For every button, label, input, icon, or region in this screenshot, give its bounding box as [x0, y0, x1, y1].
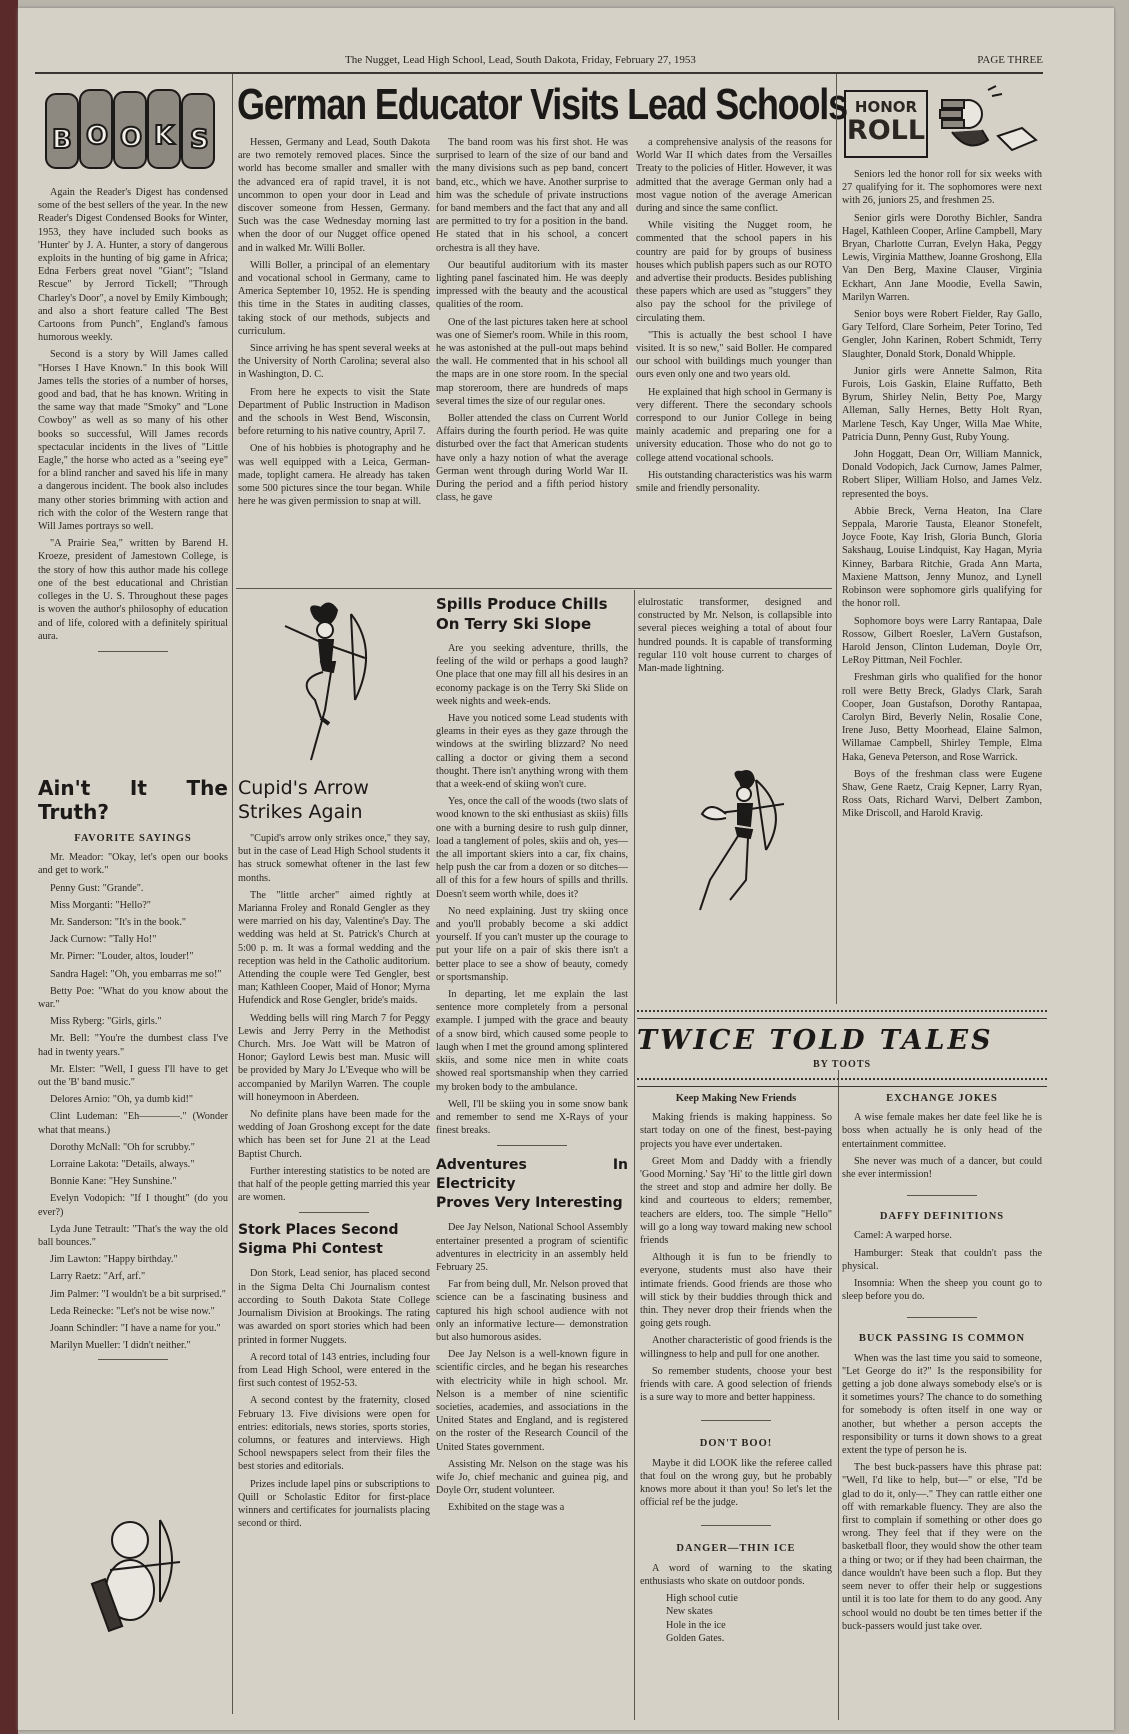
- saying-item: Sandra Hagel: "Oh, you embarras me so!": [38, 968, 228, 981]
- books-article: Again the Reader's Digest has condensed …: [38, 186, 228, 660]
- saying-item: Jim Palmer: "I wouldn't be a bit surpris…: [38, 1288, 228, 1301]
- svg-text:O: O: [120, 123, 142, 153]
- svg-text:B: B: [52, 125, 72, 155]
- column-rule: [634, 590, 635, 1720]
- buck-passing-head: BUCK PASSING IS COMMON: [842, 1332, 1042, 1345]
- ski-headline: Spills Produce Chills On Terry Ski Slope: [436, 594, 628, 634]
- saying-item: Lyda June Tetrault: "That's the way the …: [38, 1223, 228, 1249]
- cupids-arrow-article: Cupid's Arrow Strikes Again "Cupid's arr…: [238, 776, 430, 1534]
- sayings-headline: Ain't It The Truth?: [38, 776, 228, 824]
- saying-item: Mr. Meador: "Okay, let's open our books …: [38, 851, 228, 877]
- divider: [497, 1145, 567, 1146]
- saying-item: Penny Gust: "Grande".: [38, 882, 228, 895]
- saying-item: Mr. Sanderson: "It's in the book.": [38, 916, 228, 929]
- honor-roll-article: Seniors led the honor roll for six weeks…: [842, 168, 1042, 825]
- column-rule: [838, 1070, 839, 1720]
- saying-item: Clint Ludeman: "Eh————." (Wonder what th…: [38, 1110, 228, 1136]
- saying-item: Betty Poe: "What do you know about the w…: [38, 985, 228, 1011]
- binder-spine: [0, 0, 18, 1734]
- saying-item: Mr. Bell: "You're the dumbest class I've…: [38, 1032, 228, 1058]
- masthead: The Nugget, Lead High School, Lead, Sout…: [35, 52, 1043, 74]
- saying-item: Mr. Pirner: "Louder, altos, louder!": [38, 950, 228, 963]
- german-educator-col-2: The band room was his first shot. He was…: [436, 136, 628, 508]
- friends-head: Keep Making New Friends: [640, 1092, 832, 1105]
- student-with-books-cartoon-icon: [932, 84, 1040, 160]
- favorite-sayings-article: Ain't It The Truth? FAVORITE SAYINGS Mr.…: [38, 776, 228, 1368]
- divider: [299, 1212, 369, 1213]
- divider: [98, 651, 168, 652]
- dateline: The Nugget, Lead High School, Lead, Sout…: [345, 54, 696, 66]
- electricity-headline: Adventures In Electricity Proves Very In…: [436, 1156, 628, 1213]
- books-logo-icon: BOOKS: [44, 86, 224, 171]
- cupid-girl-archer-illustration-icon: [275, 600, 395, 770]
- electricity-continued: elulrostatic transformer, designed and c…: [638, 596, 832, 679]
- saying-item: Dorothy McNall: "Oh for scrubby.": [38, 1141, 228, 1154]
- divider: [701, 1525, 771, 1526]
- saying-item: Leda Reinecke: "Let's not be wise now.": [38, 1305, 228, 1318]
- sayings-subhead: FAVORITE SAYINGS: [38, 832, 228, 845]
- divider: [907, 1195, 977, 1196]
- sayings-list: Mr. Meador: "Okay, let's open our books …: [38, 851, 228, 1352]
- saying-item: Jim Lawton: "Happy birthday.": [38, 1253, 228, 1266]
- german-educator-col-1: Hessen, Germany and Lead, South Dakota a…: [238, 136, 430, 512]
- section-rule: [236, 588, 832, 589]
- cupid-flying-archer-illustration-icon: [680, 770, 800, 920]
- saying-item: Delores Arnio: "Oh, ya dumb kid!": [38, 1093, 228, 1106]
- honor-roll-logo: HONOR ROLL: [840, 84, 1040, 164]
- daffy-definitions-head: DAFFY DEFINITIONS: [842, 1210, 1042, 1223]
- divider: [907, 1317, 977, 1318]
- cherub-archer-illustration-icon: [80, 1510, 190, 1640]
- cupid-headline: Cupid's Arrow Strikes Again: [238, 776, 430, 824]
- saying-item: Evelyn Vodopich: "If I thought" (do you …: [38, 1192, 228, 1218]
- poem-lines: High school cutie New skates Hole in the…: [640, 1592, 832, 1645]
- svg-text:K: K: [154, 121, 175, 151]
- saying-item: Jack Curnow: "Tally Ho!": [38, 933, 228, 946]
- saying-item: Miss Morganti: "Hello?": [38, 899, 228, 912]
- column-rule: [836, 74, 837, 1004]
- saying-item: Larry Raetz: "Arf, arf.": [38, 1270, 228, 1283]
- danger-head: DANGER—THIN ICE: [640, 1542, 832, 1555]
- divider: [701, 1420, 771, 1421]
- column-rule: [232, 74, 233, 1714]
- exchange-jokes-head: EXCHANGE JOKES: [842, 1092, 1042, 1105]
- twice-told-col-1: Keep Making New Friends Making friends i…: [640, 1086, 832, 1645]
- saying-item: Lorraine Lakota: "Details, always.": [38, 1158, 228, 1171]
- twice-told-tales-title: TWICE TOLD TALES: [637, 1025, 1047, 1056]
- twice-told-tales-section: TWICE TOLD TALES BY TOOTS: [637, 1010, 1047, 1087]
- byline: BY TOOTS: [637, 1059, 1047, 1070]
- stork-headline: Stork Places Second Sigma Phi Contest: [238, 1221, 430, 1259]
- saying-item: Miss Ryberg: "Girls, girls.": [38, 1015, 228, 1028]
- saying-item: Joann Schindler: "I have a name for you.…: [38, 1322, 228, 1335]
- german-educator-col-3: a comprehensive analysis of the reasons …: [636, 136, 832, 499]
- page-number: PAGE THREE: [977, 54, 1043, 66]
- twice-told-col-2: EXCHANGE JOKES A wise female makes her d…: [842, 1086, 1042, 1637]
- saying-item: Bonnie Kane: "Hey Sunshine.": [38, 1175, 228, 1188]
- wavy-rule: [637, 1010, 1047, 1019]
- ski-slope-article: Spills Produce Chills On Terry Ski Slope…: [436, 594, 628, 1519]
- divider: [98, 1359, 168, 1360]
- lead-headline: German Educator Visits Lead Schools: [237, 80, 847, 130]
- dont-boo-head: DON'T BOO!: [640, 1437, 832, 1450]
- svg-text:O: O: [86, 121, 108, 151]
- saying-item: Mr. Elster: "Well, I guess I'll have to …: [38, 1063, 228, 1089]
- saying-item: Marilyn Mueller: 'I didn't neither.": [38, 1339, 228, 1352]
- svg-text:S: S: [190, 125, 209, 155]
